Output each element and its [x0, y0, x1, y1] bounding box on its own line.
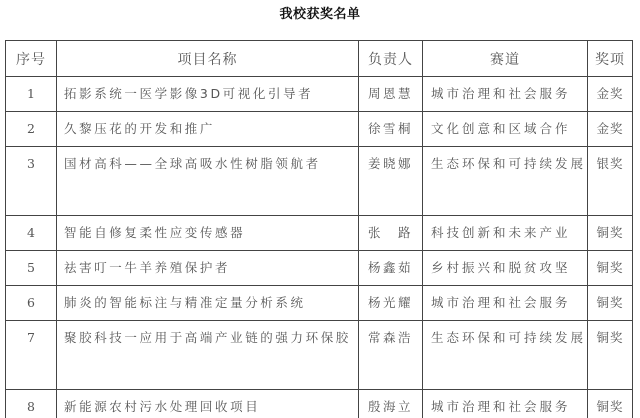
cell-project-name: 肺炎的智能标注与精准定量分析系统	[57, 286, 359, 321]
cell-leader: 周恩慧	[359, 77, 423, 112]
project-name: 国材高科——全球高吸水性树脂领航者	[57, 147, 358, 181]
cell-no: 1	[6, 77, 57, 112]
table-row: 1 拓影系统一医学影像3D可视化引导者 周恩慧 城市治理和社会服务 金奖	[6, 77, 633, 112]
cell-no: 4	[6, 216, 57, 251]
award-level: 铜奖	[588, 216, 632, 250]
cell-award: 金奖	[588, 77, 633, 112]
award-level: 银奖	[588, 147, 632, 181]
row-number: 5	[6, 251, 56, 285]
row-number: 4	[6, 216, 56, 250]
cell-award: 铜奖	[588, 216, 633, 251]
track-name: 生态环保和可持续发展	[423, 321, 587, 355]
award-level: 金奖	[588, 77, 632, 111]
cell-project-name: 智能自修复柔性应变传感器	[57, 216, 359, 251]
cell-no: 6	[6, 286, 57, 321]
award-level: 金奖	[588, 112, 632, 146]
table-row: 2 久黎压花的开发和推广 徐雪桐 文化创意和区域合作 金奖	[6, 112, 633, 147]
cell-no: 7	[6, 321, 57, 390]
cell-no: 8	[6, 390, 57, 418]
table-row: 5 祛害叮一牛羊养殖保护者 杨鑫茹 乡村振兴和脱贫攻坚 铜奖	[6, 251, 633, 286]
cell-award: 铜奖	[588, 286, 633, 321]
track-name: 文化创意和区域合作	[423, 112, 587, 146]
cell-track: 生态环保和可持续发展	[423, 321, 588, 390]
award-level: 铜奖	[588, 321, 632, 355]
cell-track: 乡村振兴和脱贫攻坚	[423, 251, 588, 286]
cell-award: 金奖	[588, 112, 633, 147]
leader-name: 殷海立	[359, 390, 422, 418]
leader-name: 杨鑫茹	[359, 251, 422, 285]
row-number: 3	[6, 147, 56, 181]
cell-no: 3	[6, 147, 57, 216]
project-name: 聚胶科技一应用于高端产业链的强力环保胶	[57, 321, 358, 355]
table-row: 4 智能自修复柔性应变传感器 张 路 科技创新和未来产业 铜奖	[6, 216, 633, 251]
cell-track: 城市治理和社会服务	[423, 390, 588, 418]
cell-project-name: 国材高科——全球高吸水性树脂领航者	[57, 147, 359, 216]
cell-project-name: 久黎压花的开发和推广	[57, 112, 359, 147]
award-level: 铜奖	[588, 251, 632, 285]
table-row: 6 肺炎的智能标注与精准定量分析系统 杨光耀 城市治理和社会服务 铜奖	[6, 286, 633, 321]
cell-project-name: 聚胶科技一应用于高端产业链的强力环保胶	[57, 321, 359, 390]
cell-track: 科技创新和未来产业	[423, 216, 588, 251]
project-name: 肺炎的智能标注与精准定量分析系统	[57, 286, 358, 320]
cell-no: 5	[6, 251, 57, 286]
cell-track: 城市治理和社会服务	[423, 77, 588, 112]
award-level: 铜奖	[588, 286, 632, 320]
leader-name: 张 路	[359, 216, 422, 250]
header-leader: 负责人	[359, 41, 423, 77]
track-name: 城市治理和社会服务	[423, 390, 587, 418]
row-number: 6	[6, 286, 56, 320]
cell-award: 银奖	[588, 147, 633, 216]
row-number: 8	[6, 390, 56, 418]
track-name: 科技创新和未来产业	[423, 216, 587, 250]
cell-project-name: 新能源农村污水处理回收项目	[57, 390, 359, 418]
awards-table: 序号 项目名称 负责人 赛道 奖项 1 拓影系统一医学影像3D可视化引导者 周恩…	[5, 40, 633, 418]
project-name: 智能自修复柔性应变传感器	[57, 216, 358, 250]
header-project-name: 项目名称	[57, 41, 359, 77]
leader-name: 常森浩	[359, 321, 422, 355]
row-number: 7	[6, 321, 56, 355]
cell-leader: 杨鑫茹	[359, 251, 423, 286]
header-award: 奖项	[588, 41, 633, 77]
cell-leader: 徐雪桐	[359, 112, 423, 147]
cell-leader: 姜晓娜	[359, 147, 423, 216]
cell-track: 生态环保和可持续发展	[423, 147, 588, 216]
cell-track: 城市治理和社会服务	[423, 286, 588, 321]
cell-award: 铜奖	[588, 390, 633, 418]
cell-project-name: 拓影系统一医学影像3D可视化引导者	[57, 77, 359, 112]
header-no: 序号	[6, 41, 57, 77]
document-title: 我校获奖名单	[0, 3, 640, 22]
project-name: 祛害叮一牛羊养殖保护者	[57, 251, 358, 285]
cell-project-name: 祛害叮一牛羊养殖保护者	[57, 251, 359, 286]
track-name: 生态环保和可持续发展	[423, 147, 587, 181]
table-row: 8 新能源农村污水处理回收项目 殷海立 城市治理和社会服务 铜奖	[6, 390, 633, 418]
cell-leader: 殷海立	[359, 390, 423, 418]
track-name: 乡村振兴和脱贫攻坚	[423, 251, 587, 285]
cell-leader: 张 路	[359, 216, 423, 251]
cell-award: 铜奖	[588, 321, 633, 390]
track-name: 城市治理和社会服务	[423, 77, 587, 111]
row-number: 1	[6, 77, 56, 111]
leader-name: 姜晓娜	[359, 147, 422, 181]
header-track: 赛道	[423, 41, 588, 77]
table-header-row: 序号 项目名称 负责人 赛道 奖项	[6, 41, 633, 77]
award-level: 铜奖	[588, 390, 632, 418]
cell-leader: 杨光耀	[359, 286, 423, 321]
track-name: 城市治理和社会服务	[423, 286, 587, 320]
table-row: 3 国材高科——全球高吸水性树脂领航者 姜晓娜 生态环保和可持续发展 银奖	[6, 147, 633, 216]
cell-leader: 常森浩	[359, 321, 423, 390]
project-name: 拓影系统一医学影像3D可视化引导者	[57, 77, 358, 111]
leader-name: 杨光耀	[359, 286, 422, 320]
row-number: 2	[6, 112, 56, 146]
leader-name: 徐雪桐	[359, 112, 422, 146]
project-name: 新能源农村污水处理回收项目	[57, 390, 358, 418]
cell-award: 铜奖	[588, 251, 633, 286]
cell-track: 文化创意和区域合作	[423, 112, 588, 147]
table-row: 7 聚胶科技一应用于高端产业链的强力环保胶 常森浩 生态环保和可持续发展 铜奖	[6, 321, 633, 390]
leader-name: 周恩慧	[359, 77, 422, 111]
cell-no: 2	[6, 112, 57, 147]
project-name: 久黎压花的开发和推广	[57, 112, 358, 146]
